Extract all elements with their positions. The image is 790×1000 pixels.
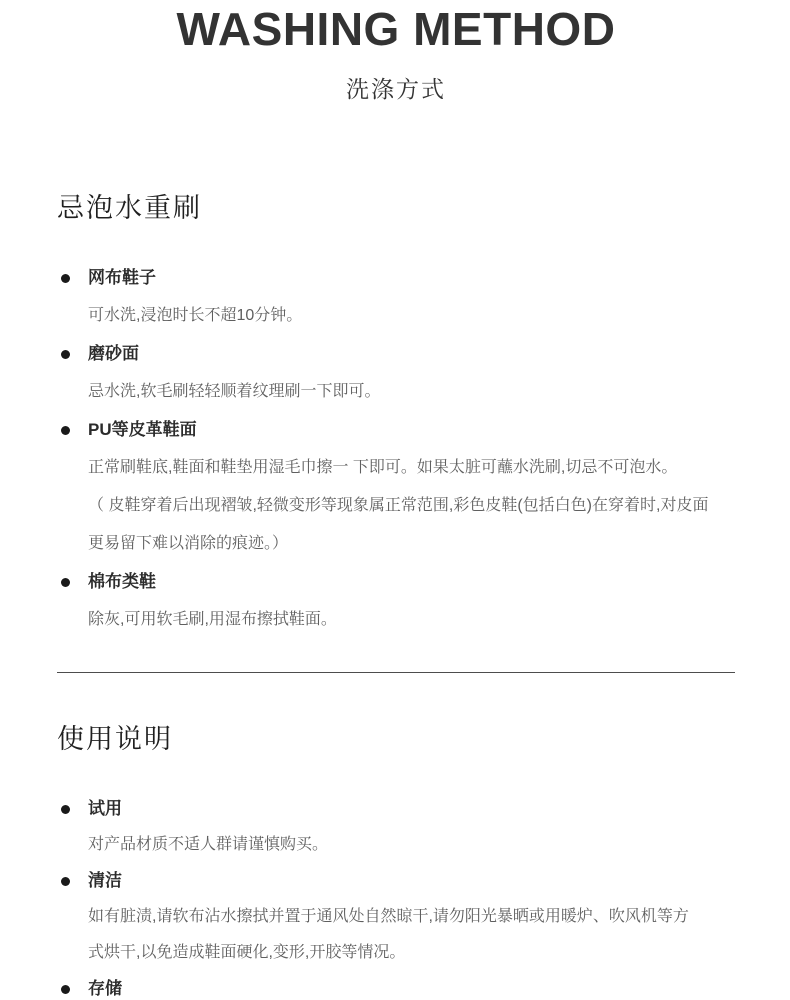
list-item: PU等皮革鞋面 正常刷鞋底,鞋面和鞋垫用湿毛巾擦一 下即可。如果太脏可蘸水洗刷,… — [57, 411, 735, 563]
item-text: 可水洗,浸泡时长不超10分钟。 — [88, 297, 735, 335]
care-instructions-page: WASHING METHOD 洗涤方式 忌泡水重刷 网布鞋子 可水洗,浸泡时长不… — [0, 0, 790, 1000]
item-label: 存储 — [88, 971, 735, 1000]
instructions-section: 忌泡水重刷 网布鞋子 可水洗,浸泡时长不超10分钟。 磨砂面 忌水洗,软毛刷轻轻… — [57, 193, 735, 639]
item-text-line: 式烘干,以免造成鞋面硬化,变形,开胶等情况。 — [88, 935, 735, 971]
section-heading: 使用说明 — [57, 724, 735, 754]
item-text-line: 对产品材质不适人群请谨慎购买。 — [88, 827, 735, 863]
list-item: 存储 — [57, 971, 735, 1000]
item-text: 如有脏渍,请软布沾水擦拭并置于通风处自然晾干,请勿阳光暴晒或用暖炉、吹风机等方式… — [88, 899, 735, 971]
item-label: 网布鞋子 — [88, 259, 735, 297]
list-item: 网布鞋子 可水洗,浸泡时长不超10分钟。 — [57, 259, 735, 335]
bullet-dot-icon — [61, 985, 70, 994]
bullet-dot-icon — [61, 274, 70, 283]
item-list: 网布鞋子 可水洗,浸泡时长不超10分钟。 磨砂面 忌水洗,软毛刷轻轻顺着纹理刷一… — [57, 259, 735, 639]
item-text-line: （ 皮鞋穿着后出现褶皱,轻微变形等现象属正常范围,彩色皮鞋(包括白色)在穿着时,… — [88, 487, 735, 525]
item-label: 磨砂面 — [88, 335, 735, 373]
list-item: 试用 对产品材质不适人群请谨慎购买。 — [57, 791, 735, 863]
list-item: 磨砂面 忌水洗,软毛刷轻轻顺着纹理刷一下即可。 — [57, 335, 735, 411]
list-item: 棉布类鞋 除灰,可用软毛刷,用湿布擦拭鞋面。 — [57, 563, 735, 639]
section-divider — [57, 672, 735, 673]
bullet-dot-icon — [61, 426, 70, 435]
item-text-line: 忌水洗,软毛刷轻轻顺着纹理刷一下即可。 — [88, 373, 735, 411]
page-subtitle: 洗涤方式 — [57, 76, 735, 102]
list-item: 清洁 如有脏渍,请软布沾水擦拭并置于通风处自然晾干,请勿阳光暴晒或用暖炉、吹风机… — [57, 863, 735, 971]
item-text: 对产品材质不适人群请谨慎购买。 — [88, 827, 735, 863]
item-label: 清洁 — [88, 863, 735, 899]
item-label: 试用 — [88, 791, 735, 827]
item-text-line: 正常刷鞋底,鞋面和鞋垫用湿毛巾擦一 下即可。如果太脏可蘸水洗刷,切忌不可泡水。 — [88, 449, 735, 487]
item-text: 正常刷鞋底,鞋面和鞋垫用湿毛巾擦一 下即可。如果太脏可蘸水洗刷,切忌不可泡水。（… — [88, 449, 735, 563]
item-text: 除灰,可用软毛刷,用湿布擦拭鞋面。 — [88, 601, 735, 639]
sections-container: 忌泡水重刷 网布鞋子 可水洗,浸泡时长不超10分钟。 磨砂面 忌水洗,软毛刷轻轻… — [57, 193, 735, 1000]
item-text-line: 如有脏渍,请软布沾水擦拭并置于通风处自然晾干,请勿阳光暴晒或用暖炉、吹风机等方 — [88, 899, 735, 935]
item-label: PU等皮革鞋面 — [88, 411, 735, 449]
bullet-dot-icon — [61, 578, 70, 587]
item-text-line: 可水洗,浸泡时长不超10分钟。 — [88, 297, 735, 335]
item-text-line: 除灰,可用软毛刷,用湿布擦拭鞋面。 — [88, 601, 735, 639]
item-text-line: 更易留下难以消除的痕迹。） — [88, 525, 735, 563]
bullet-dot-icon — [61, 877, 70, 886]
item-list: 试用 对产品材质不适人群请谨慎购买。 清洁 如有脏渍,请软布沾水擦拭并置于通风处… — [57, 791, 735, 1000]
instructions-section: 使用说明 试用 对产品材质不适人群请谨慎购买。 清洁 如有脏渍,请软布沾水擦拭并… — [57, 724, 735, 1000]
page-title: WASHING METHOD — [57, 0, 735, 54]
bullet-dot-icon — [61, 805, 70, 814]
section-heading: 忌泡水重刷 — [57, 193, 735, 223]
item-text: 忌水洗,软毛刷轻轻顺着纹理刷一下即可。 — [88, 373, 735, 411]
item-label: 棉布类鞋 — [88, 563, 735, 601]
bullet-dot-icon — [61, 350, 70, 359]
